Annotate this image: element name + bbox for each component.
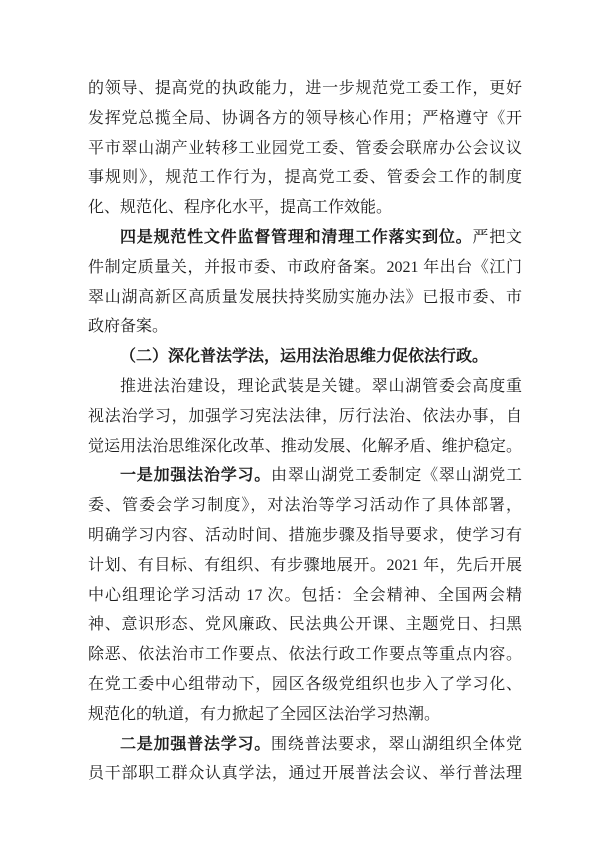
text-line: 在党工委中心组带动下，园区各级党组织也步入了学习化、: [88, 670, 522, 700]
text-line: 规范化的轨道，有力掀起了全园区法治学习热潮。: [88, 700, 522, 730]
body-text: 平市翠山湖产业转移工业园党工委、管委会联席办公会议议: [88, 140, 522, 157]
body-text: 视法治学习，加强学习宪法法律，厉行法治、依法办事，自: [88, 408, 522, 425]
body-text: 政府备案。: [88, 318, 168, 335]
text-line: 视法治学习，加强学习宪法法律，厉行法治、依法办事，自: [88, 402, 522, 432]
paragraph-item-one: 一是加强法治学习。由翠山湖党工委制定《翠山湖党工委、管委会学习制度》，对法治等学…: [88, 461, 522, 729]
body-text: 翠山湖高新区高质量发展扶持奖励实施办法》已报市委、市: [88, 289, 522, 306]
bold-text: （二）深化普法学法，运用法治思维力促依法行政。: [120, 348, 488, 365]
text-line: 翠山湖高新区高质量发展扶持奖励实施办法》已报市委、市: [88, 283, 522, 313]
paragraph-rule-of-law-intro: 推进法治建设，理论武装是关键。翠山湖管委会高度重视法治学习，加强学习宪法法律，厉…: [88, 372, 522, 461]
body-text: 员干部职工群众认真学法，通过开展普法会议、举行普法理: [88, 765, 522, 782]
text-line: 发挥党总揽全局、协调各方的领导核心作用；严格遵守《开: [88, 104, 522, 134]
bold-text: 一是加强法治学习。: [120, 467, 271, 484]
text-line: 化、规范化、程序化水平，提高工作效能。: [88, 193, 522, 223]
text-line: 除恶、依法治市工作要点、依法行政工作要点等重点内容。: [88, 640, 522, 670]
body-text: 事规则》，规范工作行为，提高党工委、管委会工作的制度: [88, 169, 522, 186]
body-text: 中心组理论学习活动 17 次。包括：全会精神、全国两会精: [88, 587, 522, 604]
text-line: 事规则》，规范工作行为，提高党工委、管委会工作的制度: [88, 163, 522, 193]
body-text: 在党工委中心组带动下，园区各级党组织也步入了学习化、: [88, 676, 522, 693]
text-line: 员干部职工群众认真学法，通过开展普法会议、举行普法理: [88, 759, 522, 789]
paragraph-item-two: 二是加强普法学习。围绕普法要求，翠山湖组织全体党员干部职工群众认真学法，通过开展…: [88, 730, 522, 790]
text-line: 神、意识形态、党风廉政、民法典公开课、主题党日、扫黑: [88, 610, 522, 640]
body-text: 发挥党总揽全局、协调各方的领导核心作用；严格遵守《开: [88, 110, 522, 127]
body-text: 推进法治建设，理论武装是关键。翠山湖管委会高度重: [120, 378, 522, 395]
text-line: 件制定质量关，并报市委、市政府备案。2021 年出台《江门: [88, 253, 522, 283]
text-line: 委、管委会学习制度》，对法治等学习活动作了具体部署，: [88, 491, 522, 521]
body-text: 严把文: [472, 229, 522, 246]
body-text: 的领导、提高党的执政能力，进一步规范党工委工作，更好: [88, 80, 522, 97]
bold-text: 二是加强普法学习。: [120, 736, 271, 753]
text-line: 二是加强普法学习。围绕普法要求，翠山湖组织全体党: [88, 730, 522, 760]
text-line: 四是规范性文件监督管理和清理工作落实到位。严把文: [88, 223, 522, 253]
body-text: 除恶、依法治市工作要点、依法行政工作要点等重点内容。: [88, 646, 522, 663]
document-page: 的领导、提高党的执政能力，进一步规范党工委工作，更好发挥党总揽全局、协调各方的领…: [0, 0, 611, 864]
body-text: 规范化的轨道，有力掀起了全园区法治学习热潮。: [88, 706, 440, 723]
body-text: 计划、有目标、有组织、有步骤地展开。2021 年，先后开展: [88, 557, 522, 574]
body-text: 委、管委会学习制度》，对法治等学习活动作了具体部署，: [88, 497, 522, 514]
text-line: 明确学习内容、活动时间、措施步骤及指导要求，使学习有: [88, 521, 522, 551]
body-text: 明确学习内容、活动时间、措施步骤及指导要求，使学习有: [88, 527, 522, 544]
text-line: 政府备案。: [88, 312, 522, 342]
paragraph-continuation: 的领导、提高党的执政能力，进一步规范党工委工作，更好发挥党总揽全局、协调各方的领…: [88, 74, 522, 223]
bold-text: 四是规范性文件监督管理和清理工作落实到位。: [120, 229, 472, 246]
text-line: 一是加强法治学习。由翠山湖党工委制定《翠山湖党工: [88, 461, 522, 491]
body-text: 神、意识形态、党风廉政、民法典公开课、主题党日、扫黑: [88, 616, 522, 633]
text-line: 的领导、提高党的执政能力，进一步规范党工委工作，更好: [88, 74, 522, 104]
text-line: 计划、有目标、有组织、有步骤地展开。2021 年，先后开展: [88, 551, 522, 581]
heading-section-two: （二）深化普法学法，运用法治思维力促依法行政。: [88, 342, 522, 372]
body-text: 件制定质量关，并报市委、市政府备案。2021 年出台《江门: [88, 259, 522, 276]
body-text: 化、规范化、程序化水平，提高工作效能。: [88, 199, 392, 216]
body-text: 由翠山湖党工委制定《翠山湖党工: [271, 467, 522, 484]
text-line: 觉运用法治思维深化改革、推动发展、化解矛盾、维护稳定。: [88, 432, 522, 462]
body-text: 围绕普法要求，翠山湖组织全体党: [271, 736, 522, 753]
body-text: 觉运用法治思维深化改革、推动发展、化解矛盾、维护稳定。: [88, 438, 522, 455]
text-line: 中心组理论学习活动 17 次。包括：全会精神、全国两会精: [88, 581, 522, 611]
text-line: 平市翠山湖产业转移工业园党工委、管委会联席办公会议议: [88, 134, 522, 164]
document-content: 的领导、提高党的执政能力，进一步规范党工委工作，更好发挥党总揽全局、协调各方的领…: [88, 74, 522, 789]
text-line: 推进法治建设，理论武装是关键。翠山湖管委会高度重: [88, 372, 522, 402]
text-line: （二）深化普法学法，运用法治思维力促依法行政。: [88, 342, 522, 372]
paragraph-item-four: 四是规范性文件监督管理和清理工作落实到位。严把文件制定质量关，并报市委、市政府备…: [88, 223, 522, 342]
